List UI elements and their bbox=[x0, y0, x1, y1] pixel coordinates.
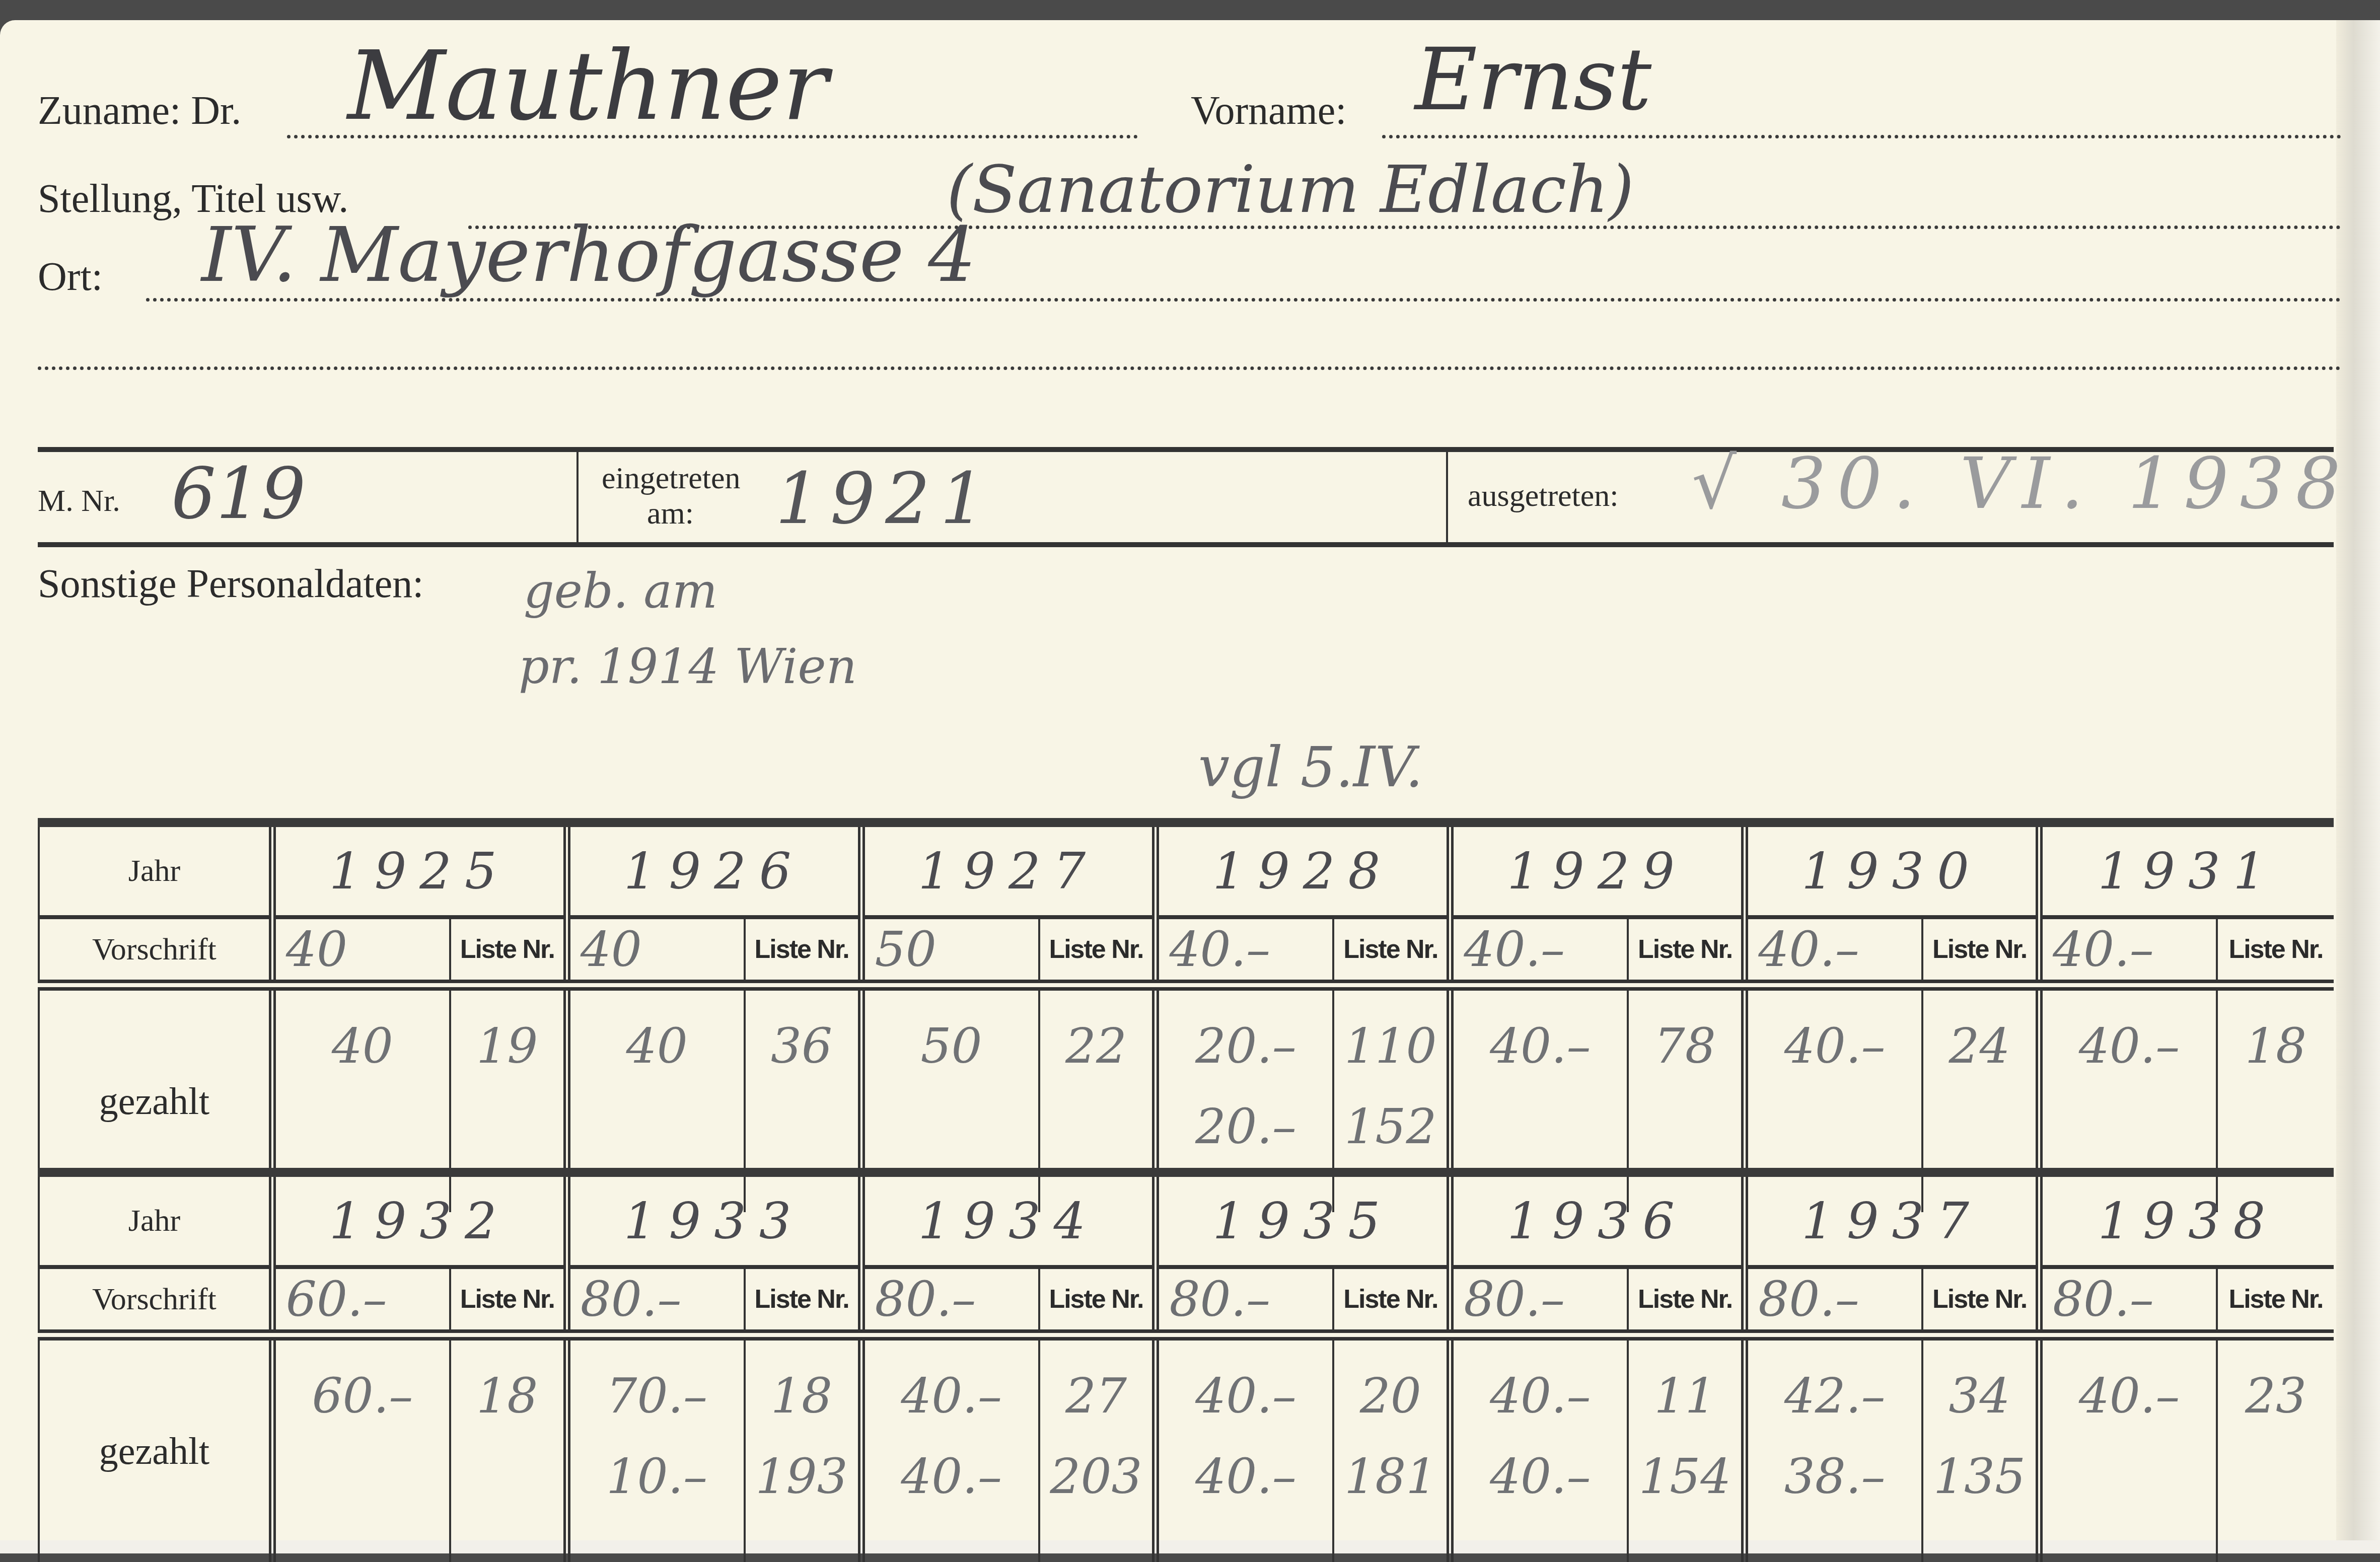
vorschrift-value: 80.– bbox=[2053, 1271, 2154, 1327]
year-value: 1935 bbox=[1213, 1192, 1394, 1250]
liste-nr-value: 23 bbox=[2218, 1341, 2334, 1436]
liste-nr-value: 152 bbox=[1334, 1086, 1447, 1167]
stellung-value: (Sanatorium Edlach) bbox=[947, 151, 1634, 228]
year-row: Jahr1932193319341935193619371938 bbox=[39, 1177, 2334, 1267]
liste-nr-value: 18 bbox=[2218, 991, 2334, 1086]
cross-reference-note: vgl 5.IV. bbox=[1198, 735, 1423, 799]
liste-nr-value: 181 bbox=[1334, 1436, 1447, 1517]
paid-amount: 40.– bbox=[865, 1341, 1038, 1436]
mnr-label: M. Nr. bbox=[38, 483, 120, 519]
liste-nr-label: Liste Nr. bbox=[1922, 917, 2039, 985]
year-value: 1931 bbox=[2098, 842, 2279, 901]
card-edge-right bbox=[2336, 20, 2380, 1553]
zuname-value: Mauthner bbox=[347, 30, 828, 141]
year-cell: 1928 bbox=[1156, 827, 1450, 917]
year-cell: 1930 bbox=[1745, 827, 2039, 917]
year-value: 1934 bbox=[918, 1192, 1099, 1250]
year-cell: 1932 bbox=[272, 1177, 567, 1267]
liste-nr-value: 193 bbox=[746, 1436, 858, 1517]
liste-nr-value: 18 bbox=[451, 1341, 563, 1436]
year-value: 1936 bbox=[1507, 1192, 1688, 1250]
zuname-label: Zuname: Dr. bbox=[38, 88, 241, 134]
year-value: 1925 bbox=[329, 842, 510, 901]
gezahlt-cell: 40.–40.– bbox=[1450, 1335, 1628, 1553]
year-cell: 1931 bbox=[2039, 827, 2334, 917]
liste-nr-label: Liste Nr. bbox=[1922, 1267, 2039, 1335]
ledger-block: Jahr1932193319341935193619371938Vorschri… bbox=[38, 1177, 2334, 1553]
vorschrift-row: Vorschrift40Liste Nr.40Liste Nr.50Liste … bbox=[39, 917, 2334, 985]
paid-amount: 42.– bbox=[1748, 1341, 1921, 1436]
liste-nr-value: 22 bbox=[1040, 991, 1152, 1086]
liste-nr-value: 27 bbox=[1040, 1341, 1152, 1436]
liste-nr-cell: 18 bbox=[450, 1335, 567, 1553]
year-cell: 1935 bbox=[1156, 1177, 1450, 1267]
ausgetreten-label: ausgetreten: bbox=[1468, 478, 1619, 514]
sonstige-line-2: pr. 1914 Wien bbox=[519, 639, 857, 695]
liste-nr-value: 11 bbox=[1629, 1341, 1741, 1436]
vorschrift-cell: 40.– bbox=[1156, 917, 1333, 985]
liste-nr-label: Liste Nr. bbox=[1039, 1267, 1156, 1335]
liste-nr-value: 24 bbox=[1923, 991, 2036, 1086]
year-row: Jahr1925192619271928192919301931 bbox=[39, 827, 2334, 917]
year-cell: 1927 bbox=[861, 827, 1156, 917]
paid-amount: 20.– bbox=[1159, 991, 1332, 1086]
paid-amount: 40.– bbox=[865, 1436, 1038, 1517]
gezahlt-cell: 40.–40.– bbox=[861, 1335, 1039, 1553]
vorschrift-value: 80.– bbox=[875, 1271, 976, 1327]
paid-amount: 10.– bbox=[570, 1436, 744, 1517]
ort-value: IV. Mayerhofgasse 4 bbox=[201, 211, 976, 299]
vorschrift-value: 40 bbox=[581, 921, 642, 978]
paid-amount: 50 bbox=[865, 991, 1038, 1086]
vorschrift-cell: 40.– bbox=[2039, 917, 2217, 985]
vorname-label: Vorname: bbox=[1191, 88, 1347, 134]
vorschrift-value: 40.– bbox=[1464, 921, 1565, 978]
vorschrift-cell: 40 bbox=[567, 917, 745, 985]
year-value: 1933 bbox=[624, 1192, 805, 1250]
liste-nr-value: 20 bbox=[1334, 1341, 1447, 1436]
paid-amount: 20.– bbox=[1159, 1086, 1332, 1167]
liste-nr-value: 110 bbox=[1334, 991, 1447, 1086]
vorschrift-value: 60.– bbox=[286, 1271, 387, 1327]
divider bbox=[1446, 452, 1448, 543]
gezahlt-cell: 40.–40.– bbox=[1156, 1335, 1333, 1553]
liste-nr-value: 203 bbox=[1040, 1436, 1152, 1517]
year-cell: 1934 bbox=[861, 1177, 1156, 1267]
liste-nr-value: 135 bbox=[1923, 1436, 2036, 1517]
gezahlt-cell: 70.–10.– bbox=[567, 1335, 745, 1553]
vorschrift-cell: 80.– bbox=[1156, 1267, 1333, 1335]
eingetreten-am-label: am: bbox=[647, 496, 694, 532]
paid-amount: 40.– bbox=[1159, 1341, 1332, 1436]
vorschrift-row: Vorschrift60.–Liste Nr.80.–Liste Nr.80.–… bbox=[39, 1267, 2334, 1335]
mnr-value: 619 bbox=[171, 453, 306, 535]
membership-bottom-rule bbox=[38, 542, 2334, 547]
gezahlt-cell: 42.–38.– bbox=[1745, 1335, 1922, 1553]
liste-nr-value: 18 bbox=[746, 1341, 858, 1436]
liste-nr-value: 154 bbox=[1629, 1436, 1741, 1517]
year-value: 1938 bbox=[2098, 1192, 2279, 1250]
year-cell: 1926 bbox=[567, 827, 861, 917]
vorschrift-value: 40.– bbox=[2053, 921, 2154, 978]
liste-nr-label: Liste Nr. bbox=[450, 1267, 567, 1335]
paid-amount: 40.– bbox=[1454, 1341, 1627, 1436]
vorschrift-cell: 50 bbox=[861, 917, 1039, 985]
year-value: 1926 bbox=[624, 842, 805, 901]
vorschrift-cell: 40.– bbox=[1450, 917, 1628, 985]
vorname-line bbox=[1382, 135, 2341, 138]
ledger-block: Jahr1925192619271928192919301931Vorschri… bbox=[38, 827, 2334, 1212]
ledger-block-top-rule bbox=[38, 818, 2334, 827]
liste-nr-cell: 23 bbox=[2217, 1335, 2334, 1553]
jahr-label: Jahr bbox=[39, 827, 272, 917]
gezahlt-cell: 40.– bbox=[2039, 1335, 2217, 1553]
vorschrift-value: 80.– bbox=[1758, 1271, 1859, 1327]
eingetreten-value: 1921 bbox=[775, 458, 995, 540]
jahr-label: Jahr bbox=[39, 1177, 272, 1267]
year-value: 1929 bbox=[1507, 842, 1688, 901]
paid-amount: 40.– bbox=[1454, 991, 1627, 1086]
year-value: 1930 bbox=[1801, 842, 1982, 901]
vorschrift-cell: 80.– bbox=[567, 1267, 745, 1335]
gezahlt-row: gezahlt60.–1870.–10.–1819340.–40.–272034… bbox=[39, 1335, 2334, 1553]
vorschrift-label: Vorschrift bbox=[39, 1267, 272, 1335]
vorschrift-cell: 80.– bbox=[1450, 1267, 1628, 1335]
vorschrift-label: Vorschrift bbox=[39, 917, 272, 985]
paid-amount: 40.– bbox=[1159, 1436, 1332, 1517]
blank-line bbox=[38, 366, 2341, 370]
liste-nr-label: Liste Nr. bbox=[1333, 1267, 1450, 1335]
liste-nr-cell: 34135 bbox=[1922, 1335, 2039, 1553]
year-value: 1937 bbox=[1801, 1192, 1982, 1250]
gezahlt-cell: 60.– bbox=[272, 1335, 450, 1553]
paid-amount: 70.– bbox=[570, 1341, 744, 1436]
year-cell: 1938 bbox=[2039, 1177, 2334, 1267]
paid-amount: 40.– bbox=[2043, 991, 2216, 1086]
paid-amount: 40 bbox=[570, 991, 744, 1086]
vorschrift-cell: 40 bbox=[272, 917, 450, 985]
paid-amount: 40.– bbox=[1454, 1436, 1627, 1517]
liste-nr-cell: 27203 bbox=[1039, 1335, 1156, 1553]
liste-nr-value: 19 bbox=[451, 991, 563, 1086]
vorschrift-cell: 60.– bbox=[272, 1267, 450, 1335]
liste-nr-cell: 11154 bbox=[1628, 1335, 1745, 1553]
liste-nr-label: Liste Nr. bbox=[2217, 1267, 2334, 1335]
liste-nr-label: Liste Nr. bbox=[745, 1267, 861, 1335]
vorschrift-value: 80.– bbox=[1464, 1271, 1565, 1327]
year-value: 1932 bbox=[329, 1192, 510, 1250]
liste-nr-label: Liste Nr. bbox=[1628, 1267, 1745, 1335]
paid-amount: 40 bbox=[276, 991, 449, 1086]
liste-nr-value: 36 bbox=[746, 991, 858, 1086]
divider bbox=[576, 452, 579, 543]
vorschrift-value: 80.– bbox=[1169, 1271, 1270, 1327]
liste-nr-label: Liste Nr. bbox=[1333, 917, 1450, 985]
eingetreten-label: eingetreten bbox=[602, 461, 740, 496]
year-cell: 1929 bbox=[1450, 827, 1745, 917]
liste-nr-cell: 18193 bbox=[745, 1335, 861, 1553]
paid-amount: 40.– bbox=[1748, 991, 1921, 1086]
sonstige-line-1: geb. am bbox=[524, 564, 717, 619]
vorschrift-cell: 80.– bbox=[2039, 1267, 2217, 1335]
liste-nr-value: 78 bbox=[1629, 991, 1741, 1086]
ort-label: Ort: bbox=[38, 254, 103, 300]
vorschrift-value: 40 bbox=[286, 921, 347, 978]
vorschrift-value: 50 bbox=[875, 921, 936, 978]
vorschrift-value: 80.– bbox=[581, 1271, 682, 1327]
liste-nr-value: 34 bbox=[1923, 1341, 2036, 1436]
liste-nr-label: Liste Nr. bbox=[745, 917, 861, 985]
vorschrift-value: 40.– bbox=[1169, 921, 1270, 978]
gezahlt-label: gezahlt bbox=[39, 1335, 272, 1553]
vorschrift-cell: 80.– bbox=[861, 1267, 1039, 1335]
vorname-value: Ernst bbox=[1415, 30, 1651, 130]
liste-nr-cell: 20181 bbox=[1333, 1335, 1450, 1553]
sonstige-label: Sonstige Personaldaten: bbox=[38, 561, 424, 607]
year-cell: 1937 bbox=[1745, 1177, 2039, 1267]
vorschrift-value: 40.– bbox=[1758, 921, 1859, 978]
paid-amount: 38.– bbox=[1748, 1436, 1921, 1517]
liste-nr-label: Liste Nr. bbox=[1039, 917, 1156, 985]
ausgetreten-value: √ 30. VI. 1938 bbox=[1692, 443, 2352, 525]
year-value: 1927 bbox=[918, 842, 1099, 901]
paid-amount: 60.– bbox=[276, 1341, 449, 1436]
liste-nr-label: Liste Nr. bbox=[450, 917, 567, 985]
year-cell: 1933 bbox=[567, 1177, 861, 1267]
ledger-block-top-rule bbox=[38, 1168, 2334, 1177]
year-cell: 1936 bbox=[1450, 1177, 1745, 1267]
year-cell: 1925 bbox=[272, 827, 567, 917]
liste-nr-label: Liste Nr. bbox=[1628, 917, 1745, 985]
year-value: 1928 bbox=[1213, 842, 1394, 901]
liste-nr-label: Liste Nr. bbox=[2217, 917, 2334, 985]
paid-amount: 40.– bbox=[2043, 1341, 2216, 1436]
vorschrift-cell: 40.– bbox=[1745, 917, 1922, 985]
vorschrift-cell: 80.– bbox=[1745, 1267, 1922, 1335]
